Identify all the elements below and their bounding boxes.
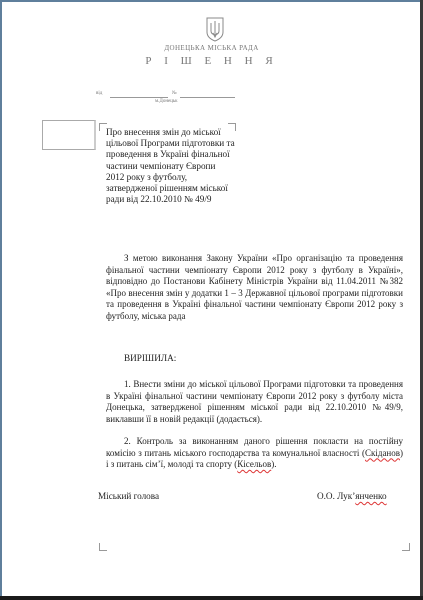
margin-mark-bottom-right <box>402 543 410 551</box>
spellcheck-word-kiselov[interactable]: Кісельов <box>237 459 271 469</box>
organization-name: ДОНЕЦЬКА МІСЬКА РАДА <box>0 44 423 52</box>
date-field-line[interactable] <box>110 97 168 98</box>
item-2-text-end: ). <box>271 459 276 469</box>
preamble-paragraph: З метою виконання Закону України «Про ор… <box>106 253 403 322</box>
window-frame-top <box>0 0 423 2</box>
window-frame-left <box>0 0 2 600</box>
window-frame-bottom <box>0 596 423 600</box>
preamble-text: З метою виконання Закону України «Про ор… <box>106 253 403 321</box>
city-label: м.Донецьк <box>155 99 178 104</box>
item-2-text-start: 2. Контроль за виконанням даного рішення… <box>106 436 403 458</box>
signature-position: Міський голова <box>98 491 159 501</box>
item-1-text: 1. Внести зміни до міської цільової Прог… <box>106 379 403 424</box>
margin-mark-bottom-left <box>99 543 107 551</box>
resolved-heading: ВИРІШИЛА: <box>124 353 176 363</box>
spellcheck-word-lukyanchenko[interactable]: янченко <box>355 491 386 501</box>
document-title: Р І Ш Е Н Н Я <box>0 55 423 67</box>
item-1-paragraph: 1. Внести зміни до міської цільової Прог… <box>106 379 403 425</box>
signature-name: О.О. Лук’янченко <box>317 491 387 501</box>
date-label: від <box>96 91 102 96</box>
decision-subject: Про внесення змін до міської цільової Пр… <box>106 127 236 205</box>
spellcheck-word-skidanov[interactable]: Скіданов <box>365 448 400 458</box>
trident-coat-of-arms-icon <box>205 16 225 42</box>
signature-name-prefix: О.О. Лук’ <box>317 491 355 501</box>
item-2-paragraph: 2. Контроль за виконанням даного рішення… <box>106 436 403 471</box>
registration-box <box>42 120 96 150</box>
number-label: № <box>172 91 177 96</box>
number-field-line[interactable] <box>180 97 235 98</box>
